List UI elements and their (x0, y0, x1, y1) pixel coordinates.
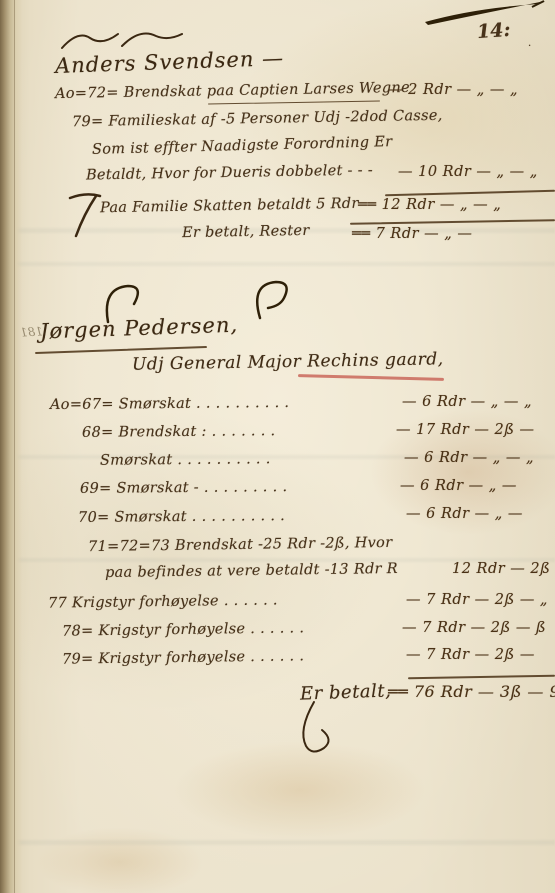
ledger-line-amount: — 2 Rdr — „ — „ (388, 82, 518, 98)
subheading-prefix: Udj General Major (132, 352, 308, 375)
ledger-line-desc: 70= Smørskat . . . . . . . . . . (78, 508, 285, 526)
ledger-line-amount: — 7 Rdr — 2ß — ß (402, 620, 546, 636)
ledger-line-desc: 79= Krigstyr forhøyelse . . . . . . (62, 648, 304, 667)
manuscript-page (0, 0, 555, 893)
ledger-line-desc: 78= Krigstyr forhøyelse . . . . . . (62, 620, 304, 639)
ledger-line-desc: 77 Krigstyr forhøyelse . . . . . . (48, 592, 278, 611)
ledger-line-amount: — 6 Rdr — „ — „ (404, 450, 534, 466)
ledger-line-desc: Ao=67= Smørskat . . . . . . . . . . (50, 395, 289, 413)
ledger-line-desc: Er betalt, Rester (182, 223, 310, 241)
ink-flourish (296, 700, 336, 760)
subheading-underlined: Rechins gaard, (307, 349, 444, 371)
ledger-line-amount: — 6 Rdr — „ — (400, 478, 517, 494)
ledger-line-amount: — 6 Rdr — „ — (406, 506, 523, 522)
page-number: 14: (476, 19, 511, 43)
ledger-line-desc: 69= Smørskat - . . . . . . . . . (80, 479, 287, 497)
ledger-line-amount: — 7 Rdr — 2ß — „ (406, 592, 548, 608)
ledger-line-amount: — 10 Rdr — „ — „ (398, 164, 538, 180)
ledger-line-amount: — 6 Rdr — „ — „ (402, 394, 532, 410)
total-amount: ══ 76 Rdr — 3ß — 9 (388, 682, 555, 701)
bleedthrough-streak (0, 840, 555, 845)
ledger-line-amount: ══ 7 Rdr — „ — (352, 226, 472, 242)
bleedthrough-streak (0, 262, 555, 266)
binding-edge (0, 0, 22, 893)
ledger-line-desc: 68= Brendskat : . . . . . . . (82, 423, 276, 441)
ledger-line-amount: — 17 Rdr — 2ß — (396, 422, 535, 438)
page-edge-line (14, 0, 15, 893)
ledger-line-amount: ══ 12 Rdr — „ — „ (358, 197, 501, 213)
ledger-line-desc: Smørskat . . . . . . . . . . (100, 451, 271, 468)
ledger-line-amount: 12 Rdr — 2ß — (452, 561, 555, 577)
ledger-line-amount: — 7 Rdr — 2ß — (406, 647, 535, 663)
ink-dot: . (528, 38, 531, 49)
